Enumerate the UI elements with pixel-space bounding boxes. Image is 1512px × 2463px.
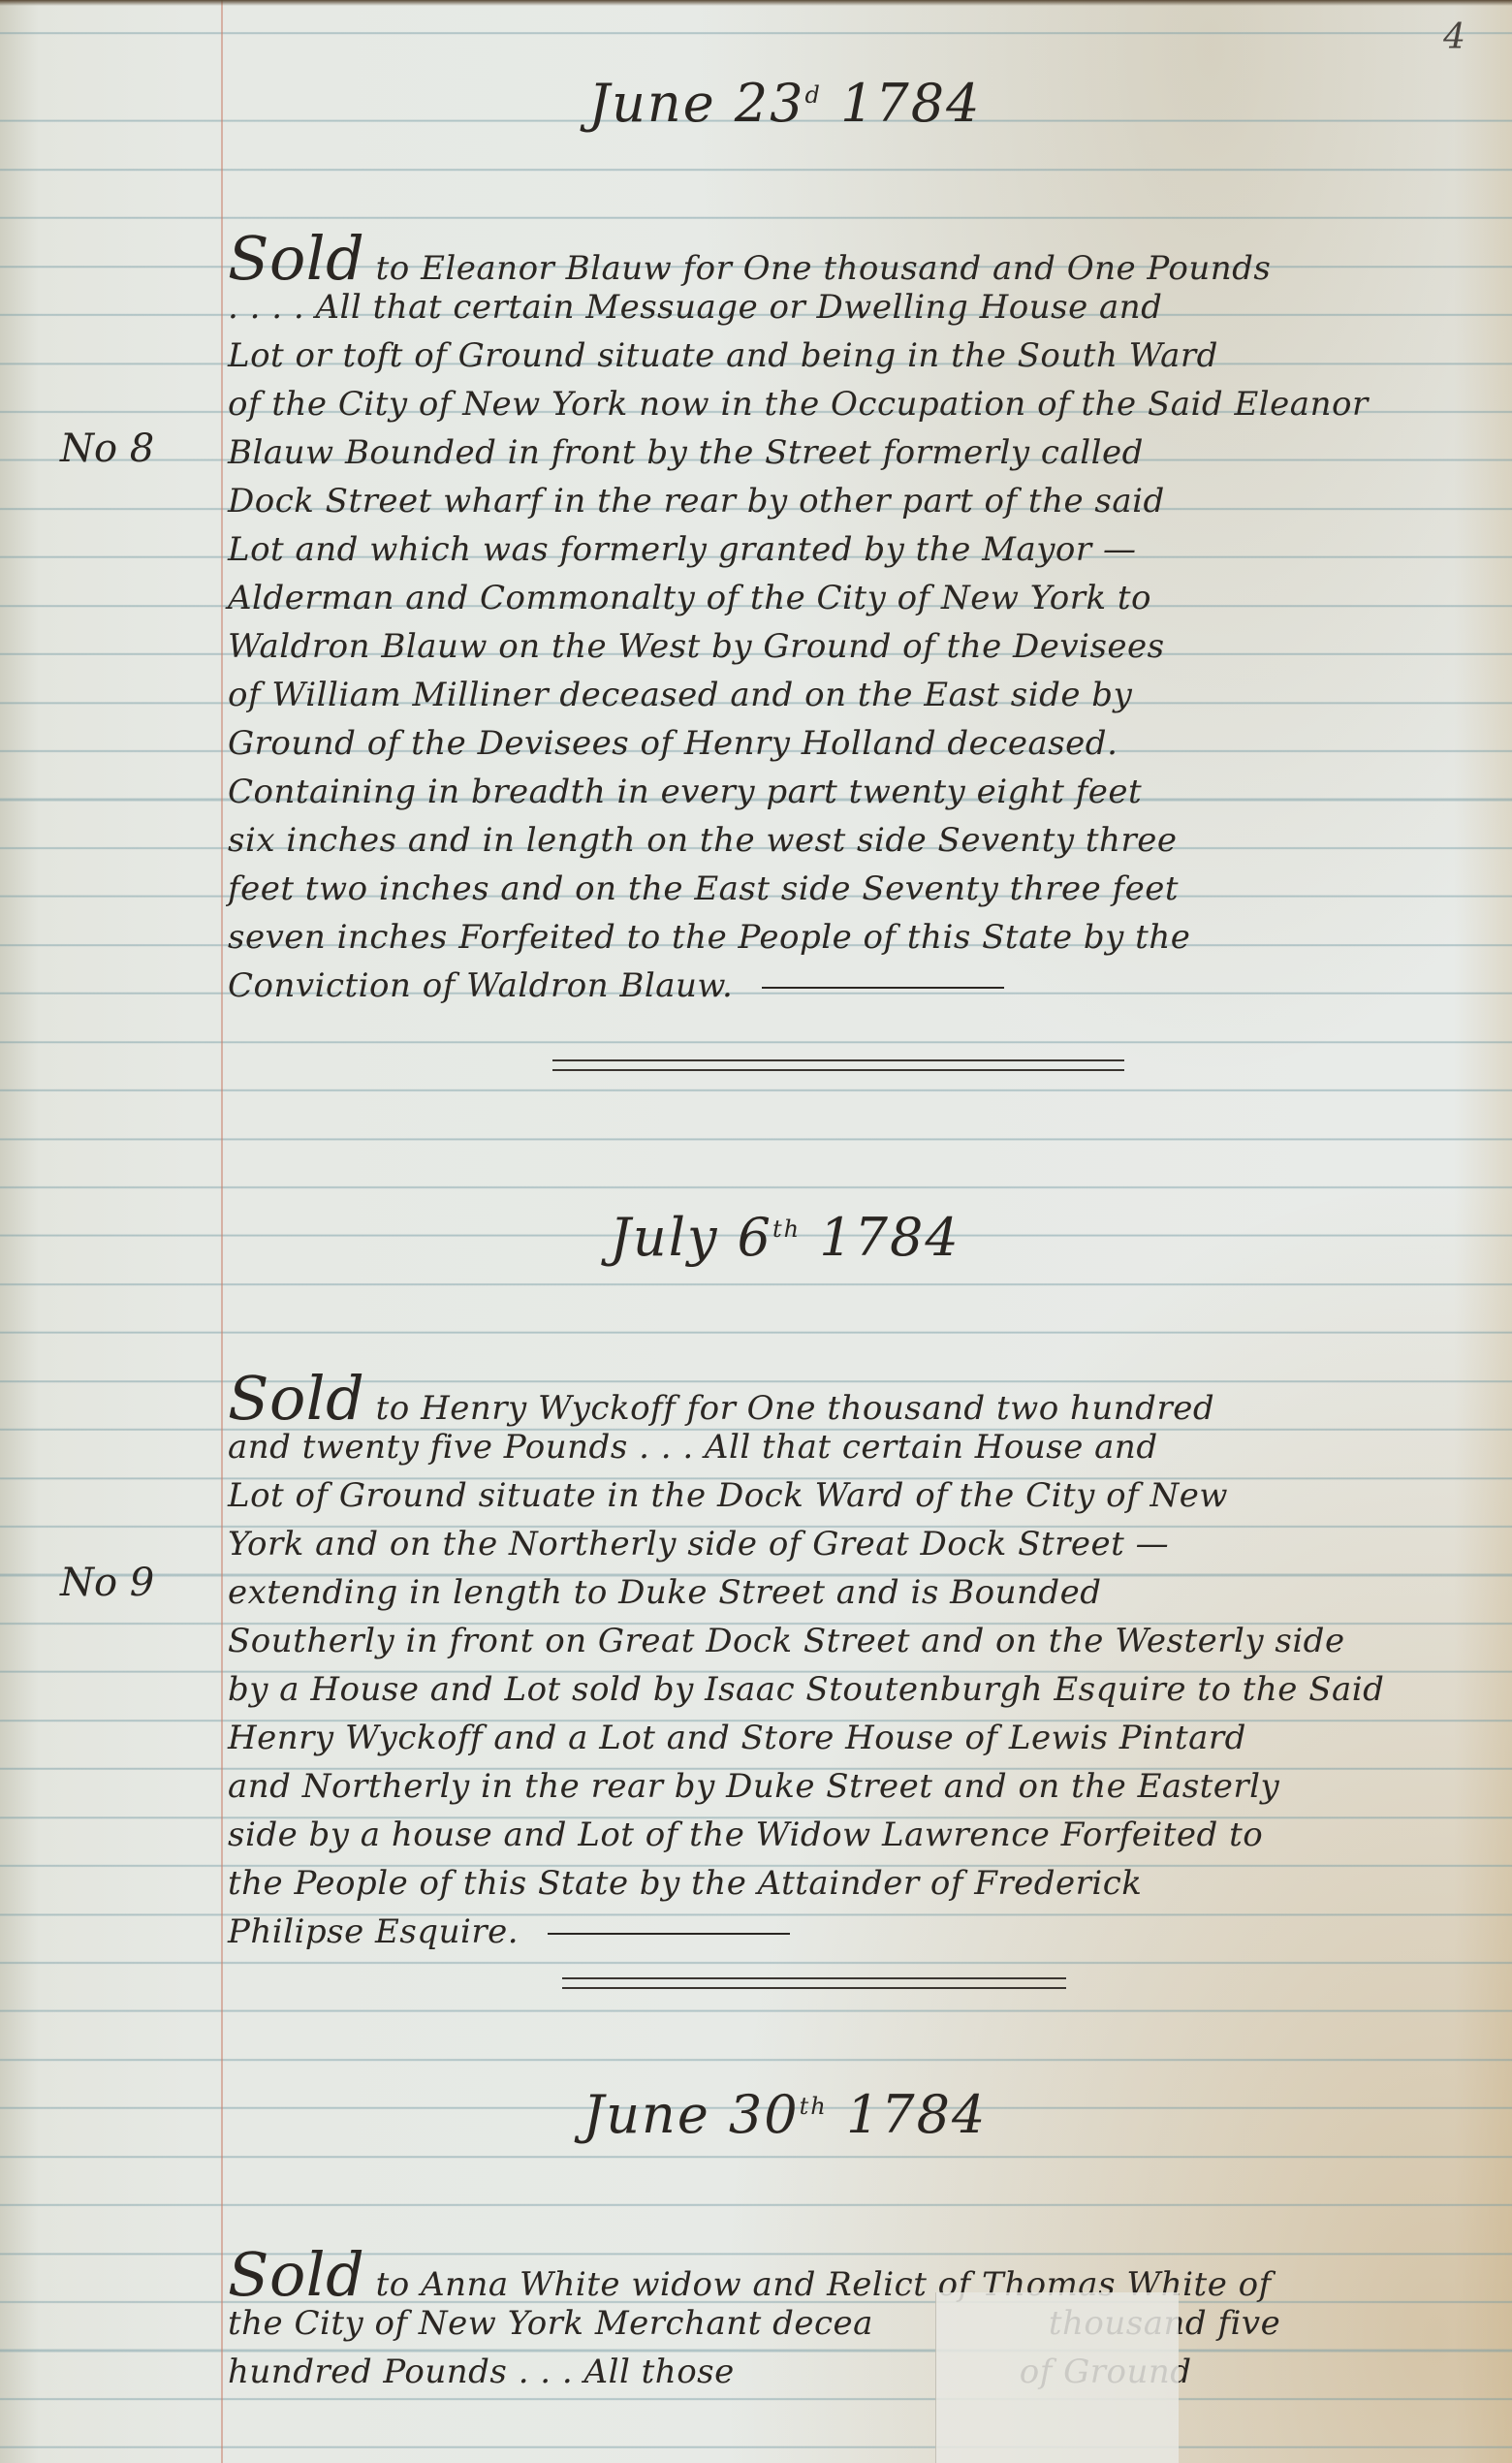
entry-date: June 30th 1784 bbox=[0, 2084, 1512, 2145]
entry-line: Blauw Bounded in front by the Street for… bbox=[228, 428, 1507, 477]
ledger-page: 4 June 23d 1784 No 8 Sold to Eleanor Bla… bbox=[0, 0, 1512, 2463]
entry-text: Sold to Henry Wyckoff for One thousand t… bbox=[228, 1374, 1507, 1956]
date-suffix: d bbox=[805, 81, 822, 109]
entry-line: . . . . All that certain Messuage or Dwe… bbox=[228, 283, 1507, 332]
entry-line: six inches and in length on the west sid… bbox=[228, 816, 1507, 865]
entry-line: Lot or toft of Ground situate and being … bbox=[228, 332, 1507, 380]
entry-date: July 6th 1784 bbox=[0, 1207, 1512, 1268]
date-year: 1784 bbox=[846, 2084, 987, 2145]
lot-number: No 8 bbox=[60, 426, 154, 471]
entry-line: Lot of Ground situate in the Dock Ward o… bbox=[228, 1471, 1507, 1520]
entry-line: the People of this State by the Attainde… bbox=[228, 1859, 1507, 1908]
entry-line: and Northerly in the rear by Duke Street… bbox=[228, 1762, 1507, 1811]
entry-line: Philipse Esquire. bbox=[228, 1908, 1507, 1956]
entry-line: of William Milliner deceased and on the … bbox=[228, 671, 1507, 719]
entry-line: and twenty five Pounds . . . All that ce… bbox=[228, 1423, 1507, 1471]
date-day: June 30 bbox=[583, 2084, 800, 2145]
entry-text: Sold to Anna White widow and Relict of T… bbox=[228, 2251, 1507, 2396]
entry-line: Sold to Anna White widow and Relict of T… bbox=[228, 2251, 1507, 2299]
entry-line: York and on the Northerly side of Great … bbox=[228, 1520, 1507, 1568]
entry-line: Containing in breadth in every part twen… bbox=[228, 768, 1507, 816]
entry-text: Sold to Eleanor Blauw for One thousand a… bbox=[228, 235, 1507, 1010]
entry-line: Waldron Blauw on the West by Ground of t… bbox=[228, 622, 1507, 671]
lot-number: No 9 bbox=[60, 1561, 154, 1605]
entry-line: Alderman and Commonalty of the City of N… bbox=[228, 574, 1507, 622]
entry-line: the City of New York Merchant decea thou… bbox=[228, 2299, 1507, 2348]
section-divider bbox=[552, 1059, 1124, 1071]
entry-line: extending in length to Duke Street and i… bbox=[228, 1568, 1507, 1617]
entry-line: Ground of the Devisees of Henry Holland … bbox=[228, 719, 1507, 768]
page-top-edge bbox=[0, 0, 1512, 6]
entry-line: by a House and Lot sold by Isaac Stouten… bbox=[228, 1665, 1507, 1714]
section-divider bbox=[562, 1977, 1066, 1989]
entry-line: hundred Pounds . . . All those of Ground bbox=[228, 2348, 1507, 2396]
entry-line: of the City of New York now in the Occup… bbox=[228, 380, 1507, 428]
entry-line: Lot and which was formerly granted by th… bbox=[228, 525, 1507, 574]
end-rule bbox=[548, 1933, 790, 1935]
entry-line: Henry Wyckoff and a Lot and Store House … bbox=[228, 1714, 1507, 1762]
entry-line: Dock Street wharf in the rear by other p… bbox=[228, 477, 1507, 525]
entry-line: seven inches Forfeited to the People of … bbox=[228, 913, 1507, 962]
entry-line: Sold to Henry Wyckoff for One thousand t… bbox=[228, 1374, 1507, 1423]
page-number: 4 bbox=[1443, 17, 1465, 57]
entry-line: Southerly in front on Great Dock Street … bbox=[228, 1617, 1507, 1665]
entry-date: June 23d 1784 bbox=[0, 73, 1512, 134]
end-rule bbox=[762, 987, 1004, 989]
entry-line: side by a house and Lot of the Widow Law… bbox=[228, 1811, 1507, 1859]
entry-line: feet two inches and on the East side Sev… bbox=[228, 865, 1507, 913]
date-year: 1784 bbox=[819, 1207, 960, 1268]
date-suffix: th bbox=[772, 1216, 801, 1243]
paper-repair-patch bbox=[935, 2292, 1179, 2463]
date-day: July 6 bbox=[610, 1207, 772, 1268]
date-day: June 23 bbox=[588, 73, 804, 134]
entry-line: Conviction of Waldron Blauw. bbox=[228, 962, 1507, 1010]
entry-line: Sold to Eleanor Blauw for One thousand a… bbox=[228, 235, 1507, 283]
date-year: 1784 bbox=[840, 73, 981, 134]
date-suffix: th bbox=[800, 2093, 828, 2120]
